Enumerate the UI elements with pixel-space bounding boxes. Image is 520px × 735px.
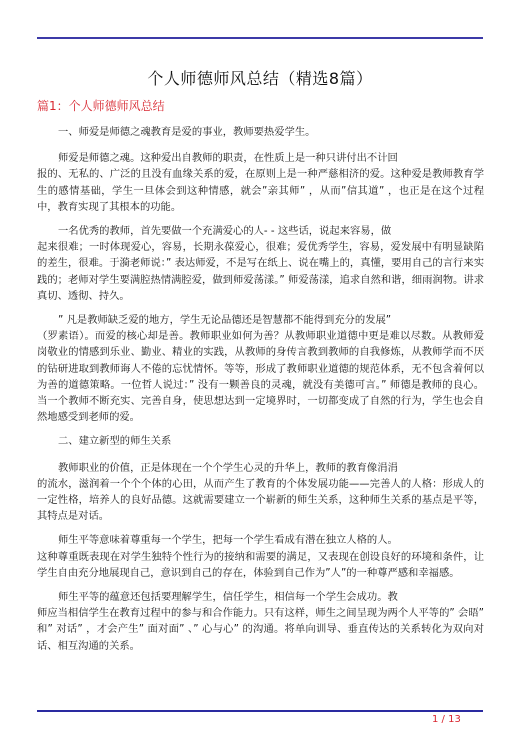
paragraph-3: ” 凡是教师缺乏爱的地方，学生无论品德还是智慧都不能得到充分的发展”（罗素语）。… <box>37 312 484 425</box>
paragraph-first-line: 教师职业的价值，正是体现在一个个学生心灵的升华上，教师的教育像涓涓 <box>37 460 484 476</box>
document-body: 一、师爱是师德之魂教育是爱的事业，教师要热爱学生。 师爱是师德之魂。这种爱出自教… <box>37 124 484 662</box>
paragraph-2: 一名优秀的教师，首先要做一个充满爱心的人- - 这些话，说起来容易，做起来很难；… <box>37 223 484 304</box>
paragraph-rest: （罗素语）。而爱的核心却是善。教师职业如何为善？从教师职业道德中更是难以尽数。从… <box>37 330 484 423</box>
heading-1: 一、师爱是师德之魂教育是爱的事业，教师要热爱学生。 <box>37 124 484 140</box>
paragraph-rest: 师应当相信学生在教育过程中的参与和合作能力。只有这样，师生之间呈现为两个人平等的… <box>37 607 484 651</box>
paragraph-rest: 起来很难；一时体现爱心，容易，长期永葆爱心，很难；爱优秀学生，容易，爱发展中有明… <box>37 241 484 302</box>
header-rule <box>37 37 483 39</box>
footer-rule <box>37 710 483 712</box>
paragraph-first-line: 一名优秀的教师，首先要做一个充满爱心的人- - 这些话，说起来容易，做 <box>37 223 484 239</box>
page-indicator: 1 / 13 <box>432 714 461 725</box>
section-title: 篇1：个人师德师风总结 <box>37 97 165 114</box>
heading-text: 二、建立新型的师生关系 <box>58 435 171 447</box>
paragraph-5: 师生平等意味着尊重每一个学生，把每一个学生看成有潜在独立人格的人。这种尊重既表现… <box>37 532 484 581</box>
paragraph-6: 师生平等的蕴意还包括要理解学生，信任学生，相信每一个学生会成功。教师应当相信学生… <box>37 589 484 654</box>
paragraph-rest: 报的、无私的、广泛的且没有血缘关系的爱，在原则上是一种严慈相济的爱。这种爱是教师… <box>37 168 484 212</box>
paragraph-rest: 的流水，滋润着一个个个体的心田，从而产生了教育的个体发展功能——完善人的人格：形… <box>37 478 484 522</box>
heading-text: 一、师爱是师德之魂教育是爱的事业，教师要热爱学生。 <box>58 126 315 138</box>
paragraph-first-line: ” 凡是教师缺乏爱的地方，学生无论品德还是智慧都不能得到充分的发展” <box>37 312 484 328</box>
paragraph-first-line: 师生平等意味着尊重每一个学生，把每一个学生看成有潜在独立人格的人。 <box>37 532 484 548</box>
paragraph-1: 师爱是师德之魂。这种爱出自教师的职责，在性质上是一种只讲付出不计回报的、无私的、… <box>37 150 484 215</box>
heading-2: 二、建立新型的师生关系 <box>37 433 484 449</box>
paragraph-first-line: 师爱是师德之魂。这种爱出自教师的职责，在性质上是一种只讲付出不计回 <box>37 150 484 166</box>
document-title: 个人师德师风总结（精选8篇） <box>0 66 520 89</box>
paragraph-rest: 这种尊重既表现在对学生独特个性行为的接纳和需要的满足，又表现在创设良好的环境和条… <box>37 551 484 579</box>
paragraph-first-line: 师生平等的蕴意还包括要理解学生，信任学生，相信每一个学生会成功。教 <box>37 589 484 605</box>
paragraph-4: 教师职业的价值，正是体现在一个个学生心灵的升华上，教师的教育像涓涓的流水，滋润着… <box>37 460 484 525</box>
